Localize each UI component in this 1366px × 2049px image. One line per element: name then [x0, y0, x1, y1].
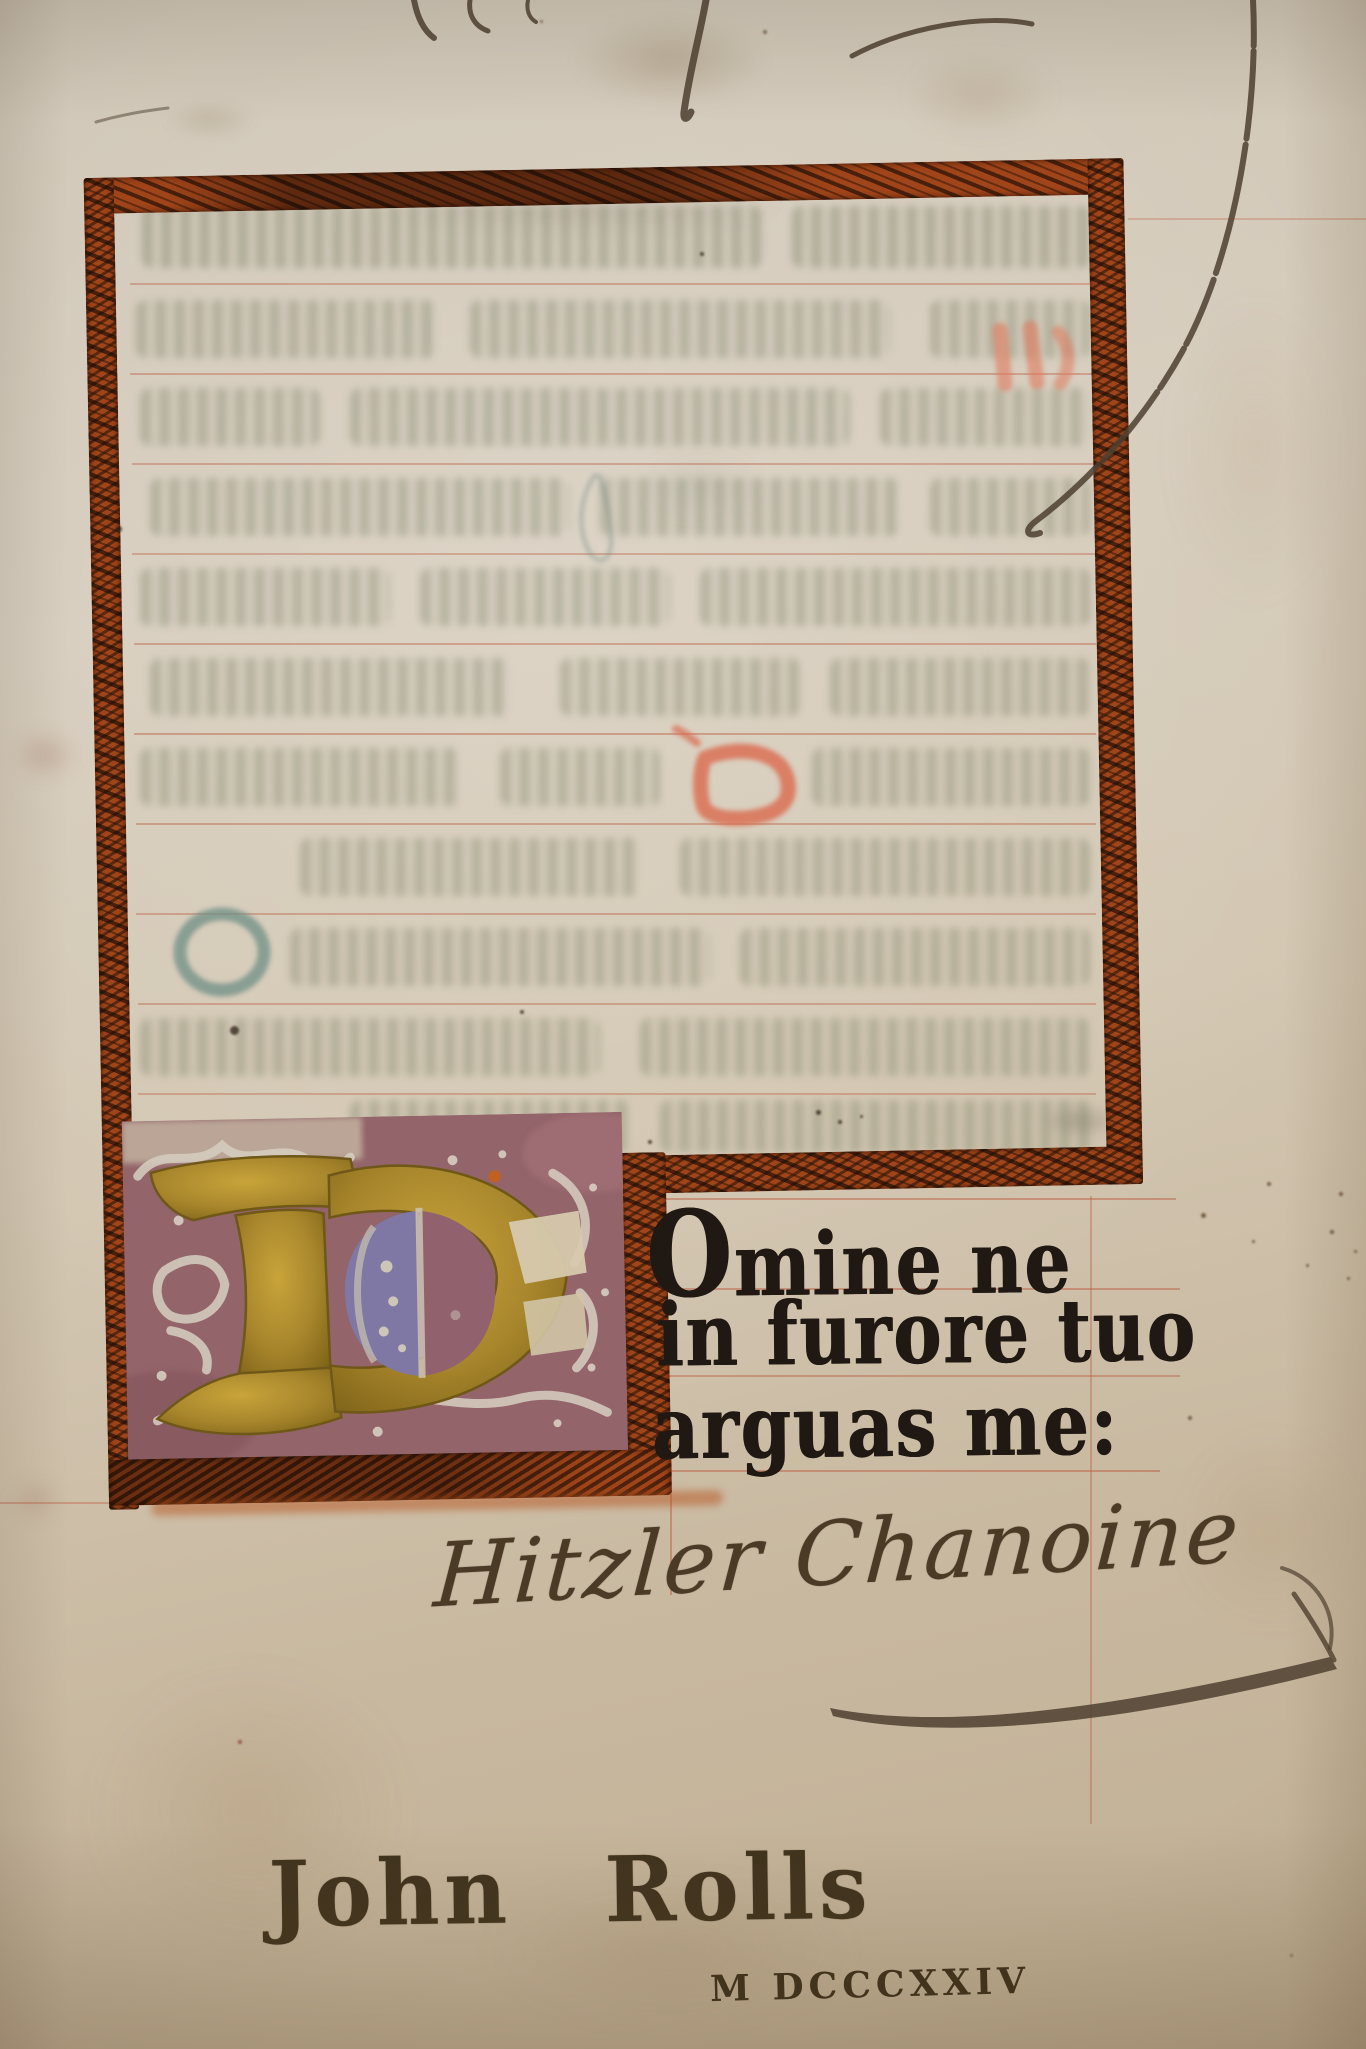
ink-speck [1306, 1264, 1309, 1267]
ink-speck [238, 1740, 242, 1744]
ink-speck [116, 526, 122, 532]
ink-speck [1201, 1213, 1206, 1218]
ink-speck [1347, 1277, 1350, 1280]
ink-specks-layer [0, 0, 1366, 2049]
ink-speck [1252, 1240, 1255, 1243]
manuscript-page-photo: Omine ne in furore tuo arguas me: Hitzle… [0, 0, 1366, 2049]
ink-speck [838, 1120, 842, 1124]
ink-speck [540, 20, 543, 23]
ink-speck [1290, 1954, 1293, 1957]
ink-speck [700, 252, 704, 256]
ink-speck [860, 1115, 863, 1118]
ink-speck [1354, 1250, 1357, 1253]
ink-speck [230, 1026, 239, 1035]
ink-speck [520, 1010, 524, 1014]
ink-speck [648, 1140, 652, 1144]
ink-speck [816, 1110, 821, 1115]
ink-speck [1330, 1230, 1334, 1234]
ink-speck [1267, 1182, 1271, 1186]
ink-speck [763, 30, 767, 34]
ink-speck [1339, 1192, 1343, 1196]
ink-speck [1188, 1416, 1192, 1420]
